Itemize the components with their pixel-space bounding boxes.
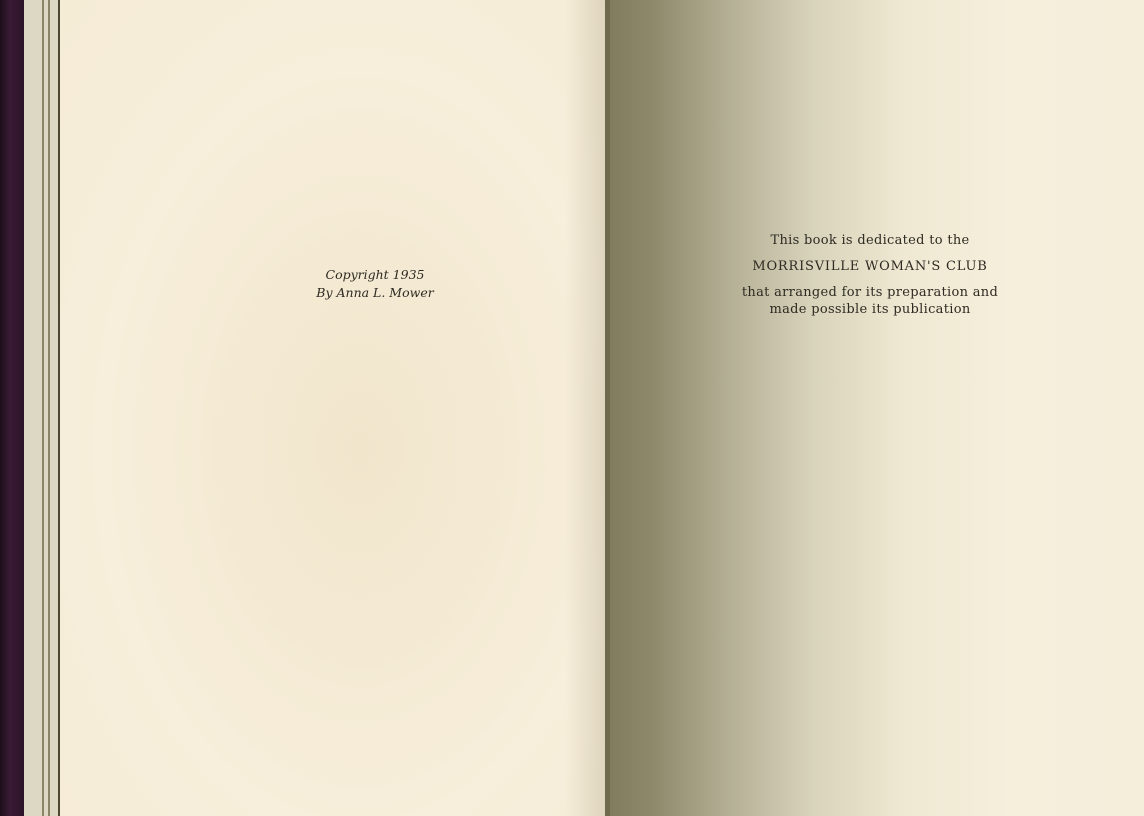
dedication-club-name: MORRISVILLE WOMAN'S CLUB: [715, 258, 1025, 275]
copyright-line: Copyright 1935: [285, 266, 465, 284]
right-page: [610, 0, 1144, 816]
page-edge-line: [42, 0, 44, 816]
dedication: This book is dedicated to the MORRISVILL…: [715, 232, 1025, 318]
book-cover-edge: [0, 0, 24, 816]
author-line: By Anna L. Mower: [285, 284, 465, 302]
book-spread: Copyright 1935 By Anna L. Mower This boo…: [0, 0, 1144, 816]
dedication-line: This book is dedicated to the: [715, 232, 1025, 249]
dedication-line: that arranged for its preparation and: [715, 284, 1025, 301]
dedication-line: made possible its publication: [715, 301, 1025, 318]
page-stack-edges: [24, 0, 60, 816]
left-page: [60, 0, 605, 816]
page-edge-line: [48, 0, 50, 816]
copyright-notice: Copyright 1935 By Anna L. Mower: [285, 266, 465, 302]
